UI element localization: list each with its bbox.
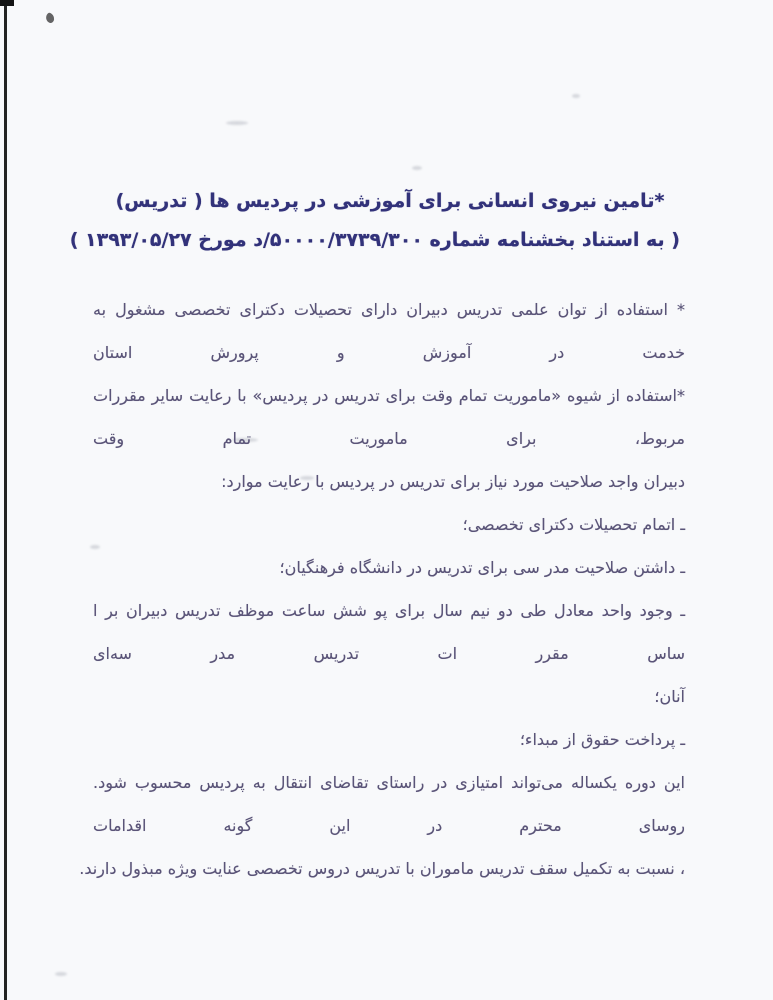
scan-edge-line — [4, 0, 7, 1000]
body-line: این دوره یکساله می‌تواند امتیازی در راست… — [93, 761, 685, 847]
body-line: ، نسبت به تکمیل سقف تدریس ماموران با تدر… — [93, 847, 685, 890]
scan-smudge — [412, 166, 422, 170]
document-title: *تامین نیروی انسانی برای آموزشی در پردیس… — [100, 182, 680, 260]
body-line: ـ اتمام تحصیلات دکترای تخصصی؛ — [93, 503, 685, 546]
body-line: آنان؛ — [93, 675, 685, 718]
scan-ink-speck — [44, 12, 56, 25]
scan-corner-mark — [0, 0, 14, 6]
scan-smudge — [572, 94, 580, 98]
body-line: ـ پرداخت حقوق از مبداء؛ — [93, 718, 685, 761]
body-line: ـ داشتن صلاحیت مدر سی برای تدریس در دانش… — [93, 546, 685, 589]
body-line: *استفاده از شیوه «ماموریت تمام وقت برای … — [93, 374, 685, 460]
body-line: * استفاده از توان علمی تدریس دبیران دارا… — [93, 288, 685, 374]
body-line: دبیران واجد صلاحیت مورد نیاز برای تدریس … — [93, 460, 685, 503]
document-body: * استفاده از توان علمی تدریس دبیران دارا… — [93, 288, 685, 890]
scan-smudge — [55, 972, 67, 976]
title-line-2: ( به استناد بخشنامه شماره ۵۰۰۰۰/۳۷۳۹/۳۰۰… — [100, 221, 680, 260]
title-line-1: *تامین نیروی انسانی برای آموزشی در پردیس… — [100, 182, 680, 221]
body-line: ـ وجود واحد معادل طی دو نیم سال برای پو … — [93, 589, 685, 675]
scan-smudge — [226, 121, 248, 125]
scanned-document-page: *تامین نیروی انسانی برای آموزشی در پردیس… — [0, 0, 773, 1000]
